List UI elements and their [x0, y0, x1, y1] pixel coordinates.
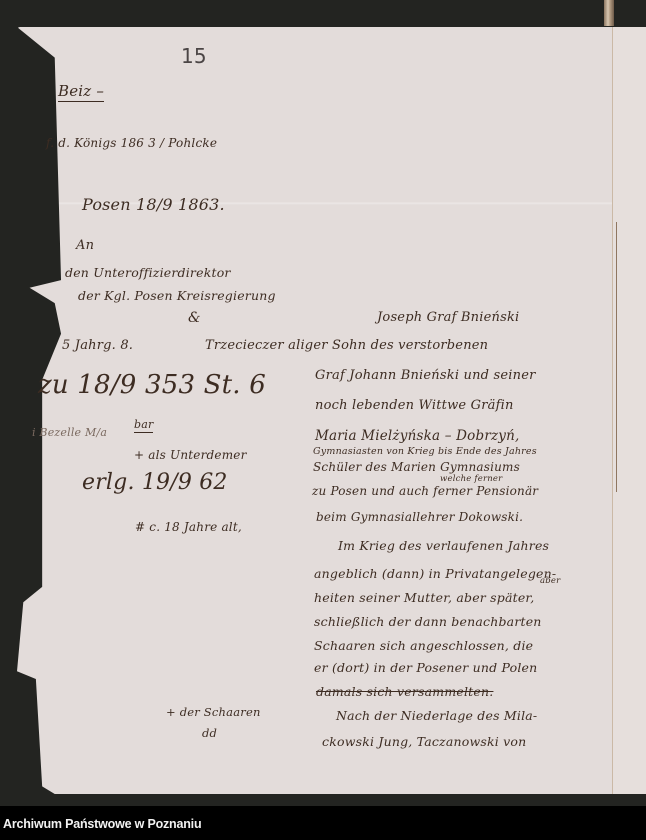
hash-note: # c. 18 Jahre alt, — [135, 520, 242, 534]
paper-clip-edge — [604, 0, 614, 26]
insertion-above-line-8: welche ferner — [440, 474, 502, 484]
body-line-10: Im Krieg des verlaufenen Jahres — [338, 538, 549, 553]
pencil-margin-note: i Bezelle M/a — [32, 426, 107, 439]
addressee-line-1: den Unteroffizierdirektor — [65, 265, 231, 280]
body-line-7: Schüler des Marien Gymnasiums — [313, 460, 520, 474]
body-line-3: Graf Johann Bnieński und seiner — [315, 368, 536, 383]
date-line: Posen 18/9 1863. — [82, 195, 225, 214]
small-note: bar — [134, 418, 153, 433]
body-line-12: heiten seiner Mutter, aber später, — [314, 590, 534, 605]
body-line-8: zu Posen und auch ferner Pensionär — [312, 484, 538, 498]
plus-note: + als Unterdemer — [134, 448, 247, 462]
addressee-line-2: der Kgl. Posen Kreisregierung — [78, 288, 276, 303]
body-line-18: ckowski Jung, Taczanowski von — [322, 734, 526, 749]
salutation: An — [76, 238, 94, 253]
body-line-2: Trzecieczer aliger Sohn des verstorbenen — [205, 338, 488, 353]
folio-number: 15 — [181, 44, 207, 68]
top-note: f. d. Königs 186 3 / Pohlcke — [46, 136, 217, 150]
ampersand: & — [188, 310, 201, 326]
bottom-margin-note-1: + der Schaaren — [166, 705, 261, 719]
page-fold-edge — [612, 27, 646, 794]
bottom-margin-note-2: dd — [202, 726, 217, 740]
amount-line: zu 18/9 353 St. 6 — [38, 370, 266, 400]
body-line-16: damals sich versammelten. — [316, 684, 493, 699]
body-line-5: Maria Mielżyńska – Dobrzyń, — [315, 428, 520, 444]
insertion-above-line-12: aber — [540, 576, 560, 586]
body-line-6: Gymnasiasten von Krieg bis Ende des Jahr… — [313, 446, 537, 457]
record-line: erlg. 19/9 62 — [82, 470, 228, 495]
body-line-11: angeblich (dann) in Privatangelegen- — [314, 566, 556, 581]
archive-name: Archiwum Państwowe w Poznaniu — [3, 817, 201, 831]
reference-line: 5 Jahrg. 8. — [62, 338, 133, 353]
body-line-9: beim Gymnasiallehrer Dokowski. — [316, 510, 523, 524]
margin-rule-line — [616, 222, 617, 492]
body-line-14: Schaaren sich angeschlossen, die — [314, 638, 533, 653]
body-line-13: schließlich der dann benachbarten — [314, 614, 542, 629]
body-line-15: er (dort) in der Posener und Polen — [314, 660, 537, 675]
document-heading: Beiz – — [58, 82, 104, 102]
body-line-17: Nach der Niederlage des Mila- — [336, 708, 537, 723]
body-line-1: Joseph Graf Bnieński — [377, 310, 519, 325]
body-line-4: noch lebenden Wittwe Gräfin — [315, 398, 514, 413]
archive-footer: Archiwum Państwowe w Poznaniu — [0, 806, 646, 840]
